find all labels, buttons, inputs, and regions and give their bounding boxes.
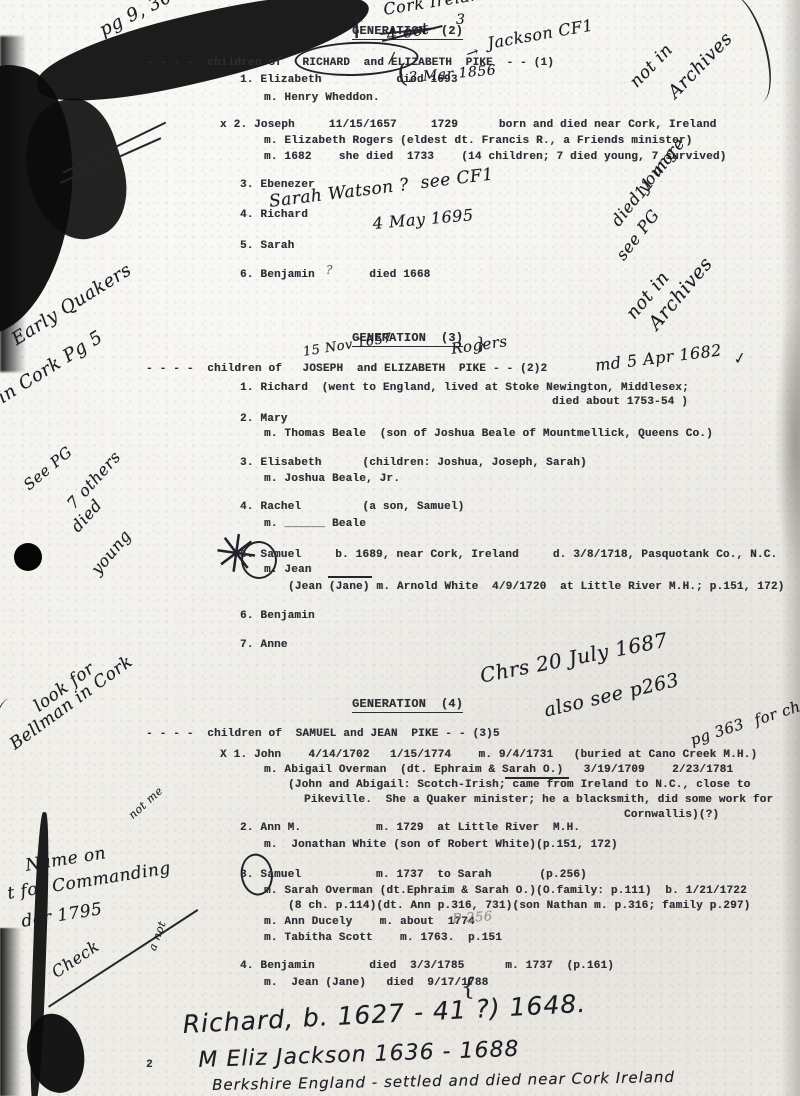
handwritten-note: Richard, b. 1627 - 41 ?) 1648.: [182, 989, 587, 1039]
handwritten-note: Check: [48, 936, 103, 981]
handwritten-note: 3 Mar 1856: [408, 62, 497, 86]
handwritten-note: pg 363: [688, 715, 746, 749]
handwritten-note: Berkshire England - settled and died nea…: [212, 1068, 675, 1094]
handwritten-note: See PG: [20, 443, 76, 494]
handwritten-note: Early Quakers: [8, 259, 135, 349]
handwritten-note: a not: [146, 919, 169, 952]
handwritten-note: Archives: [664, 28, 737, 102]
handwritten-note: 4 oct: [385, 19, 430, 45]
handwritten-note: Sarah Watson ? see CF1: [268, 164, 495, 211]
handwritten-note: 15 Nov 1657: [302, 331, 393, 360]
handwritten-note: also see p263: [542, 669, 681, 721]
handwritten-note: for ch: [752, 697, 800, 729]
handwritten-note: Jackson CF1: [486, 15, 595, 52]
handwritten-note: ?: [326, 263, 333, 277]
handwritten-note: not me: [126, 784, 166, 821]
handwritten-note: der 1795: [20, 899, 104, 932]
handwritten-note: Bellman in Cork: [6, 652, 137, 755]
handwritten-note: 3: [456, 12, 465, 28]
handwritten-note: md 5 Apr 1682: [594, 340, 723, 374]
handwritten-note: pg 9, 307: [96, 0, 186, 41]
handwritten-note: young: [87, 526, 135, 578]
handwritten-note: P 256: [452, 909, 493, 927]
handwritten-note: M Eliz Jackson 1636 - 1688: [198, 1037, 520, 1073]
scanned-document-page: ↑/→(}✓✳{ GENERATION (2)- - - - children …: [0, 0, 800, 1096]
handwritten-note: 4 May 1695: [372, 205, 474, 233]
handwritten-note: Rogers: [450, 332, 509, 358]
handwritten-notes-layer: pg 9, 3074 octCork Ireland3Jackson CF13 …: [0, 0, 800, 1096]
handwritten-note: Cork Ireland: [382, 0, 493, 19]
